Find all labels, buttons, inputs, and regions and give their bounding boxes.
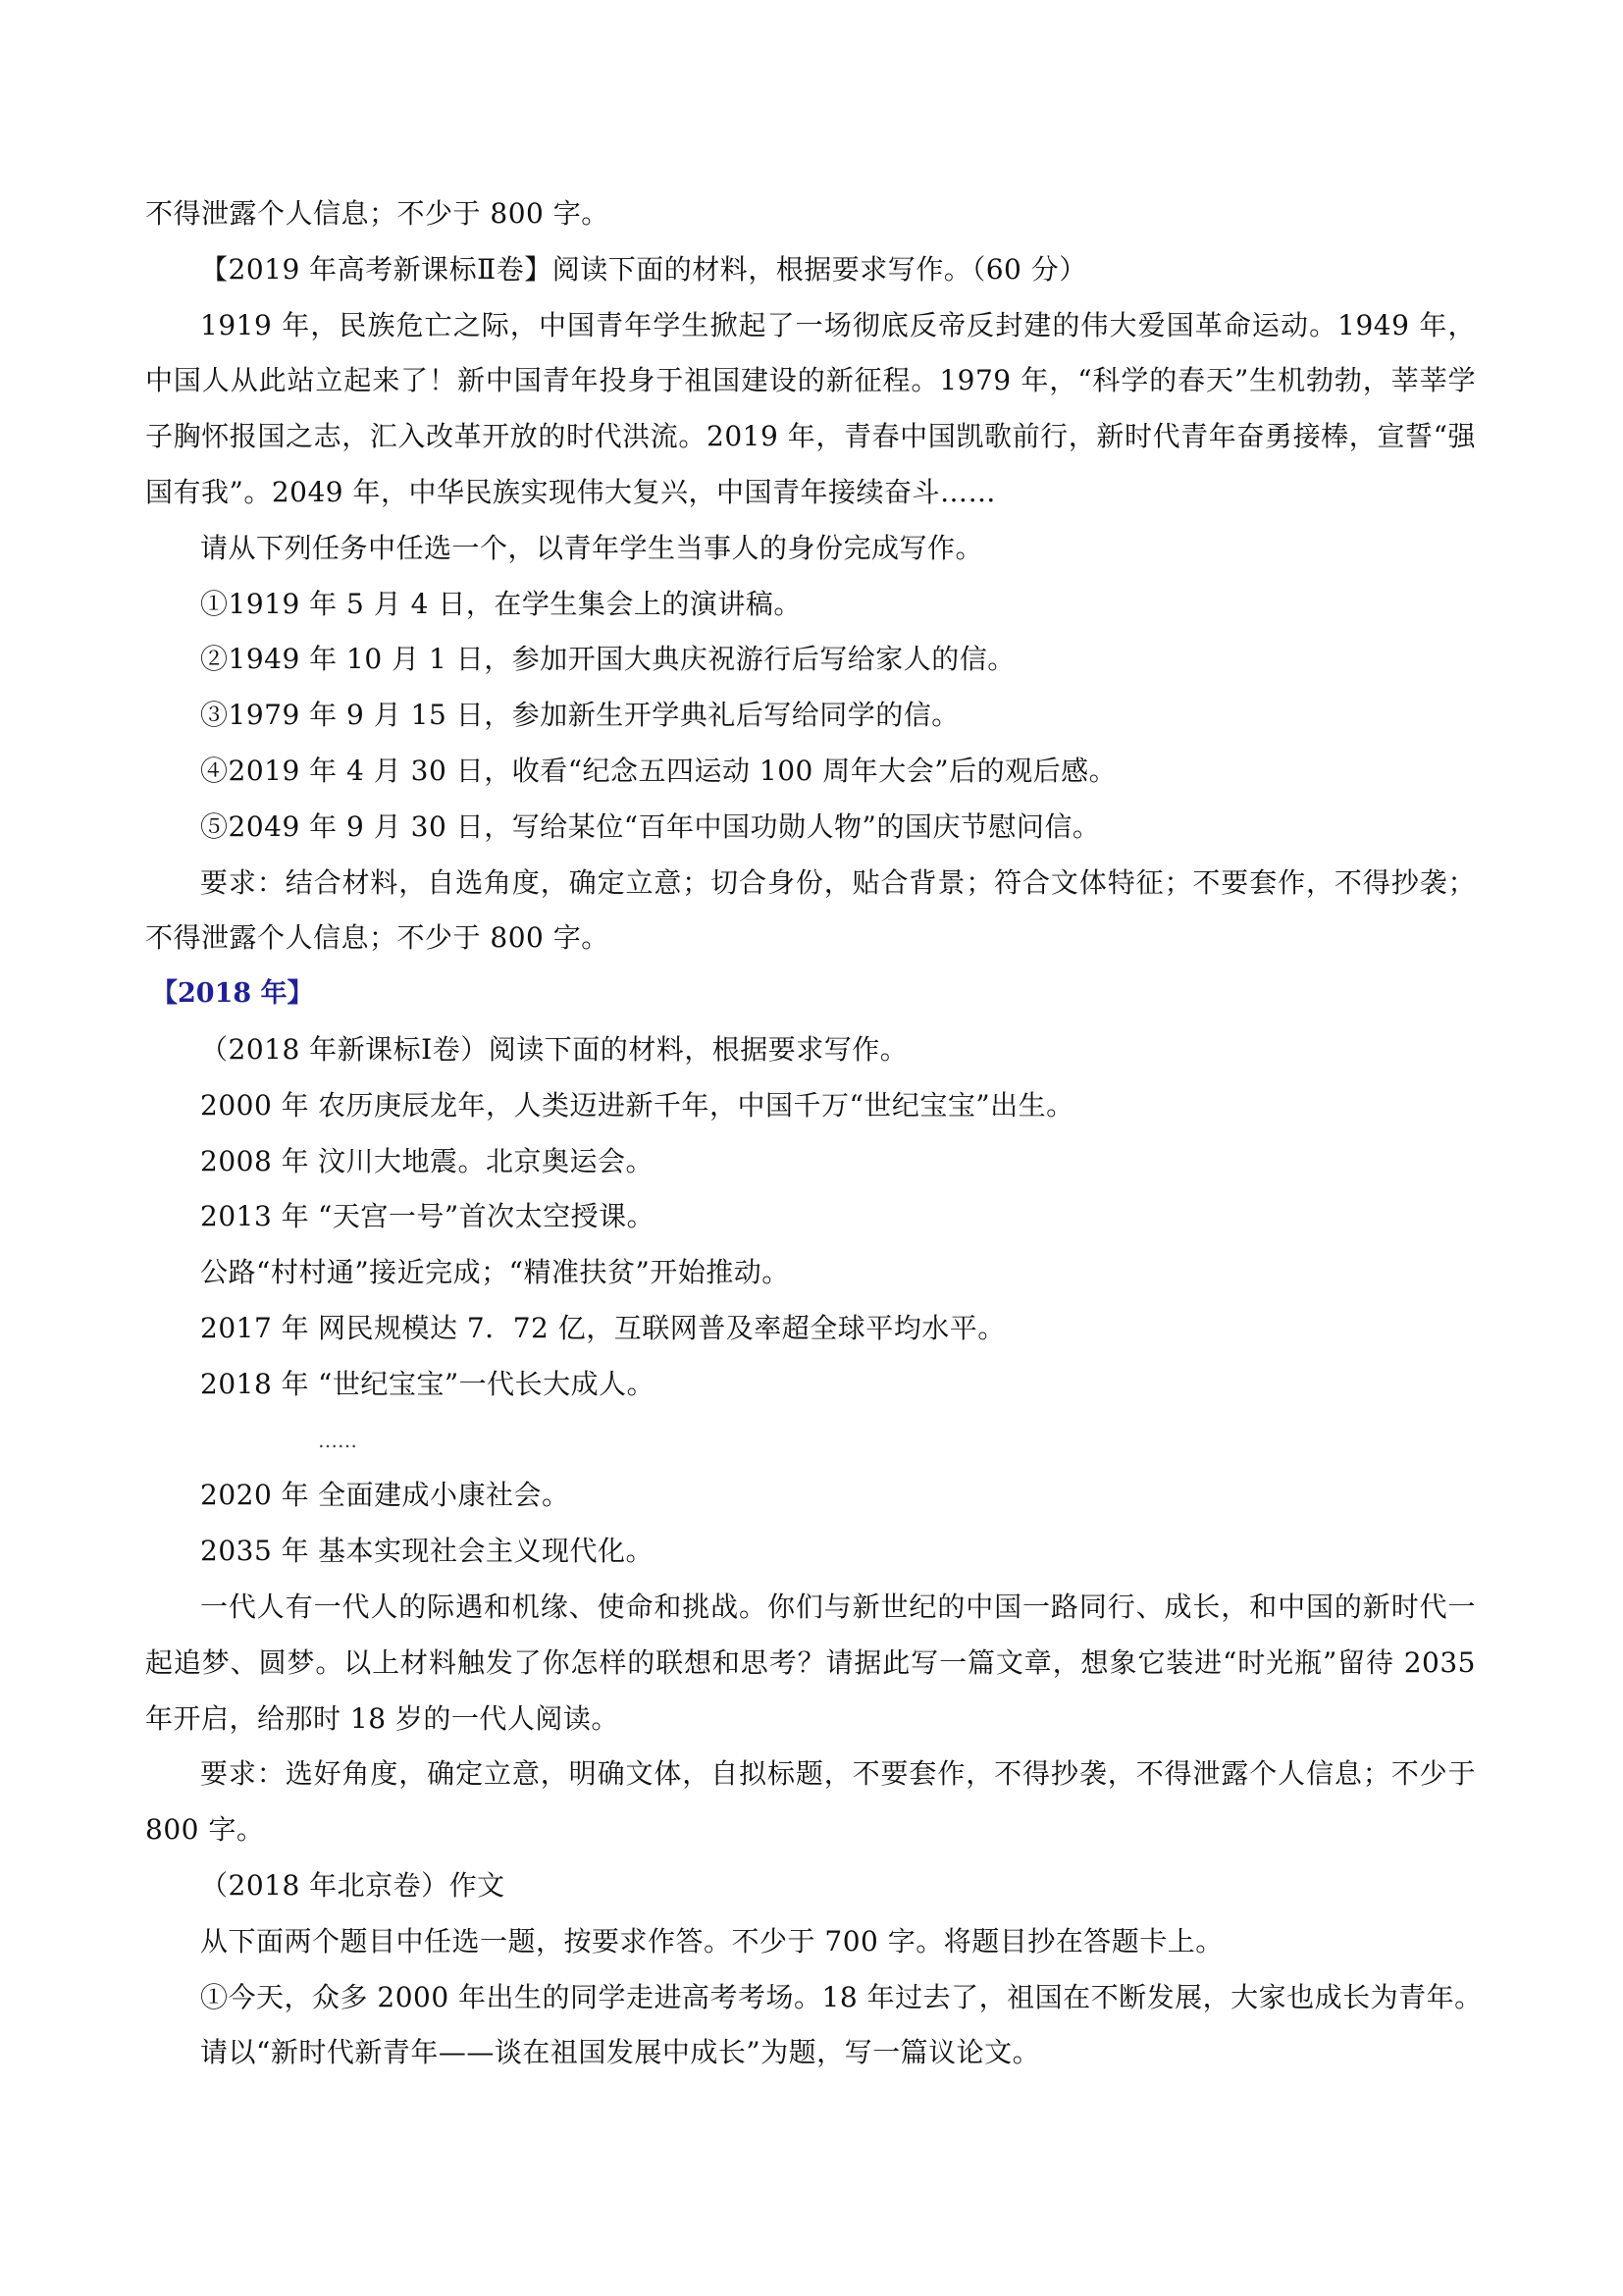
- timeline-year: 2008 年: [200, 1134, 318, 1190]
- task-option-4: ④2019 年 4 月 30 日，收看“纪念五四运动 100 周年大会”后的观后…: [145, 744, 1476, 800]
- timeline-year: 2020 年: [200, 1468, 318, 1524]
- timeline-row: 2018 年 “世纪宝宝”一代长大成人。: [145, 1357, 1476, 1413]
- requirements-paragraph: 要求：选好角度，确定立意，明确文体，自拟标题，不要套作，不得抄袭，不得泄露个人信…: [145, 1747, 1476, 1858]
- section-2019-national-ii: 【2019 年高考新课标Ⅱ卷】阅读下面的材料，根据要求写作。（60 分） 191…: [145, 242, 1476, 966]
- timeline-row: 2000 年 农历庚辰龙年，人类迈进新千年，中国千万“世纪宝宝”出生。: [145, 1078, 1476, 1134]
- timeline-event: “世纪宝宝”一代长大成人。: [318, 1357, 1476, 1413]
- timeline-event: 农历庚辰龙年，人类迈进新千年，中国千万“世纪宝宝”出生。: [318, 1078, 1476, 1134]
- task-instruction: 从下面两个题目中任选一题，按要求作答。不少于 700 字。将题目抄在答题卡上。: [145, 1914, 1476, 1970]
- timeline-row: 2020 年 全面建成小康社会。: [145, 1468, 1476, 1524]
- task-option-1: ①1919 年 5 月 4 日，在学生集会上的演讲稿。: [145, 577, 1476, 633]
- timeline-event: “天宫一号”首次太空授课。: [318, 1189, 1476, 1245]
- task-option-2: ②1949 年 10 月 1 日，参加开国大典庆祝游行后写给家人的信。: [145, 632, 1476, 688]
- timeline-year: 2000 年: [200, 1078, 318, 1134]
- timeline-row-continuation: 公路“村村通”接近完成；“精准扶贫”开始推动。: [145, 1245, 1476, 1301]
- timeline-ellipsis: ……: [145, 1413, 1476, 1469]
- timeline-row: 2013 年 “天宫一号”首次太空授课。: [145, 1189, 1476, 1245]
- section-title: （2018 年北京卷）作文: [145, 1858, 1476, 1914]
- section-title: （2018 年新课标Ⅰ卷）阅读下面的材料，根据要求写作。: [145, 1022, 1476, 1078]
- timeline-year: 2013 年: [200, 1189, 318, 1245]
- year-heading-2018: 【2018 年】: [145, 966, 1476, 1022]
- task-option-3: ③1979 年 9 月 15 日，参加新生开学典礼后写给同学的信。: [145, 688, 1476, 744]
- timeline-event: 基本实现社会主义现代化。: [318, 1524, 1476, 1580]
- timeline-year: 2018 年: [200, 1357, 318, 1413]
- timeline-event: 网民规模达 7．72 亿，互联网普及率超全球平均水平。: [318, 1301, 1476, 1357]
- timeline-event: 公路“村村通”接近完成；“精准扶贫”开始推动。: [200, 1245, 1476, 1301]
- timeline-event: 汶川大地震。北京奥运会。: [318, 1134, 1476, 1190]
- material-paragraph: 1919 年，民族危亡之际，中国青年学生掀起了一场彻底反帝反封建的伟大爱国革命运…: [145, 298, 1476, 521]
- section-2018-beijing: （2018 年北京卷）作文 从下面两个题目中任选一题，按要求作答。不少于 700…: [145, 1858, 1476, 2081]
- timeline-year: 2035 年: [200, 1524, 318, 1580]
- timeline-row: 2017 年 网民规模达 7．72 亿，互联网普及率超全球平均水平。: [145, 1301, 1476, 1357]
- timeline-row: 2035 年 基本实现社会主义现代化。: [145, 1524, 1476, 1580]
- requirements-paragraph: 要求：结合材料，自选角度，确定立意；切合身份，贴合背景；符合文体特征；不要套作，…: [145, 856, 1476, 967]
- section-2018-national-i: （2018 年新课标Ⅰ卷）阅读下面的材料，根据要求写作。 2000 年 农历庚辰…: [145, 1022, 1476, 1858]
- task-option-5: ⑤2049 年 9 月 30 日，写给某位“百年中国功勋人物”的国庆节慰问信。: [145, 800, 1476, 856]
- document-page: 不得泄露个人信息；不少于 800 字。 【2019 年高考新课标Ⅱ卷】阅读下面的…: [145, 186, 1476, 2081]
- task-instruction: 请从下列任务中任选一个，以青年学生当事人的身份完成写作。: [145, 521, 1476, 577]
- carryover-requirement-line: 不得泄露个人信息；不少于 800 字。: [145, 186, 1476, 242]
- option-1-line-1: ①今天，众多 2000 年出生的同学走进高考考场。18 年过去了，祖国在不断发展…: [145, 1970, 1476, 2026]
- prompt-paragraph: 一代人有一代人的际遇和机缘、使命和挑战。你们与新世纪的中国一路同行、成长，和中国…: [145, 1580, 1476, 1747]
- timeline-year: 2017 年: [200, 1301, 318, 1357]
- timeline-event: 全面建成小康社会。: [318, 1468, 1476, 1524]
- section-title: 【2019 年高考新课标Ⅱ卷】阅读下面的材料，根据要求写作。（60 分）: [145, 242, 1476, 298]
- timeline-row: 2008 年 汶川大地震。北京奥运会。: [145, 1134, 1476, 1190]
- option-1-line-2: 请以“新时代新青年——谈在祖国发展中成长”为题，写一篇议论文。: [145, 2025, 1476, 2081]
